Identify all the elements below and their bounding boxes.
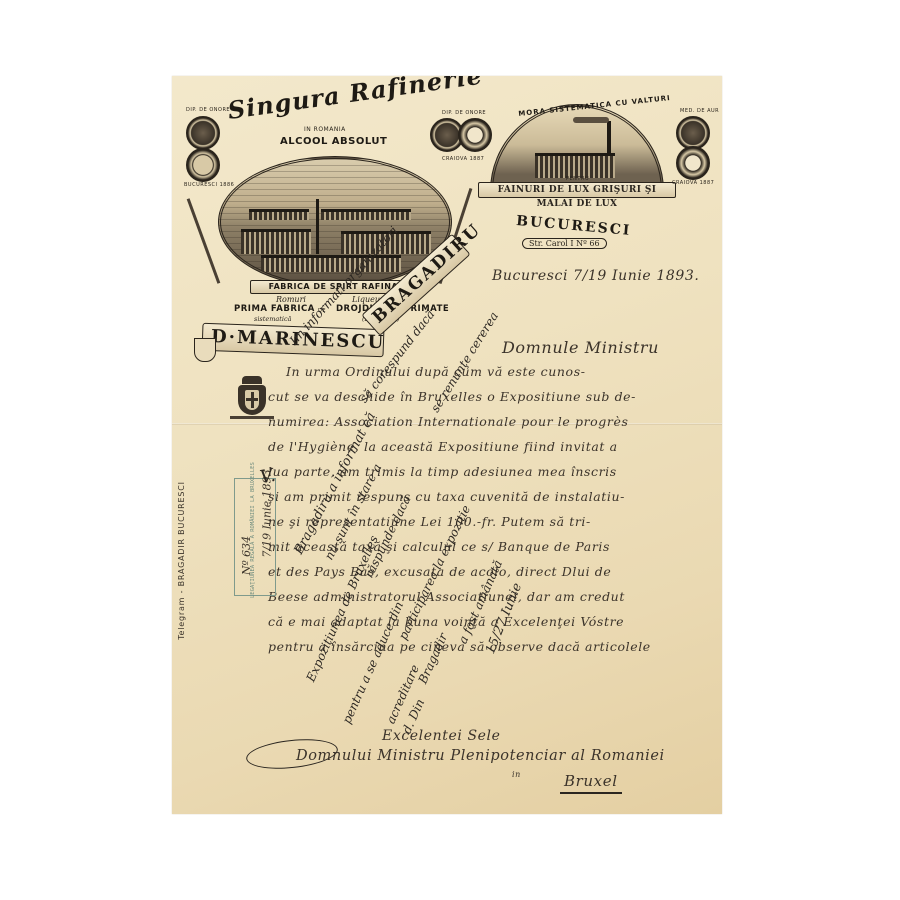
address-label: Str. Carol I Nº 66 (522, 238, 607, 249)
mill-building (535, 153, 615, 178)
illustration-building (249, 209, 309, 220)
refinery-subtitle-small: IN ROMANIA (304, 126, 346, 133)
medal-left-bottom-icon (186, 148, 220, 182)
illustration-building (241, 229, 311, 254)
salutation: Domnule Ministru (502, 338, 659, 357)
illustration-building (321, 209, 411, 220)
smoke-icon (573, 117, 609, 123)
mill-banner: FAINURI DE LUX GRIŞURI ŞI MALAI DE LUX (478, 182, 676, 198)
medal-center-caption-top: DIP. DE ONORE (442, 110, 486, 116)
addressee: Domnului Ministru Plenipotenciar al Roma… (296, 748, 665, 764)
sistematica-label: sistematică (254, 315, 291, 323)
medal-right-top-icon (676, 116, 710, 150)
stamp-number: Nº 634 (240, 536, 253, 575)
medal-left-top-caption: DIP. DE ONORE (186, 107, 230, 113)
margin-check-mark: V. (258, 465, 277, 488)
destination-city: Bruxel (560, 772, 622, 794)
letter-line: cut se va deschide în Bruxelles o Exposi… (268, 389, 713, 414)
stamp-header: LEGAŢIUNEA REGALĂ A ROMÂNIEI LA BRUXELLE… (250, 470, 256, 598)
ribbon-curl-icon (194, 338, 216, 362)
medal-center-book-icon (458, 118, 492, 152)
medal-right-book-icon (676, 146, 710, 180)
illustration-building (261, 255, 401, 272)
romuri-label: Romuri (276, 295, 306, 304)
mill-chimney-icon (607, 121, 611, 155)
medal-center-caption-bottom: CRAIOVA 1887 (442, 156, 484, 162)
telegram-address: Telegram - BRAGADIR BUCURESCI (177, 481, 186, 640)
place-date: Bucuresci 7/19 Iunie 1893. (492, 268, 699, 284)
chimney-icon (316, 199, 319, 254)
letter-line: de l'Hygiène, la această Expositiune fii… (268, 439, 713, 464)
wheat-left-icon (187, 198, 221, 284)
in-word: in (512, 770, 521, 779)
prima-fabrica-label: PRIMA FABRICA (234, 304, 315, 314)
mill-banner-text: FAINURI DE LUX GRIŞURI ŞI MALAI DE LUX (479, 183, 675, 211)
letter-sheet: DIP. DE ONORE BUCURESCI 1886 Singura Raf… (172, 76, 722, 814)
medal-right-caption-bottom: CRAIOVA 1887 (672, 180, 714, 186)
refinery-subtitle: ALCOOL ABSOLUT (280, 136, 387, 147)
city-title: BUCURESCI (516, 213, 632, 239)
medal-right-caption-top: MED. DE AUR (680, 108, 719, 114)
medal-left-bottom-caption: BUCURESCI 1886 (184, 182, 234, 188)
medal-left-top-icon (186, 116, 220, 150)
letter-line: numirea: Association Internationale pour… (268, 414, 713, 439)
letter-line: In urma Ordinului după cum vă este cunos… (286, 364, 713, 389)
registry-stamp: LEGAŢIUNEA REGALĂ A ROMÂNIEI LA BRUXELLE… (234, 478, 276, 596)
